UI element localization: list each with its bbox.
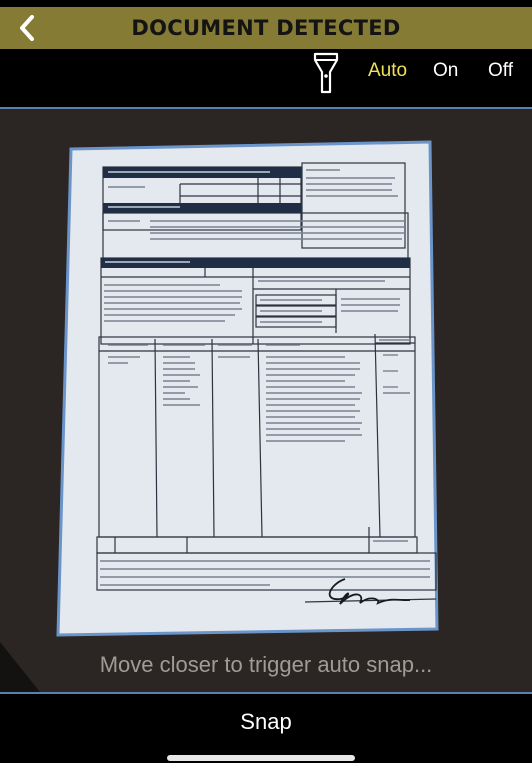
status-strip bbox=[0, 0, 532, 7]
home-indicator[interactable] bbox=[167, 755, 355, 761]
chevron-left-icon bbox=[17, 14, 37, 42]
auto-snap-hint: Move closer to trigger auto snap... bbox=[0, 652, 532, 678]
camera-viewport[interactable]: Move closer to trigger auto snap... bbox=[0, 107, 532, 694]
bottom-bar: Snap bbox=[0, 694, 532, 763]
flash-on-option[interactable]: On bbox=[433, 60, 458, 82]
detected-document bbox=[0, 109, 532, 694]
back-button[interactable] bbox=[10, 11, 44, 45]
flash-off-option[interactable]: Off bbox=[488, 60, 513, 82]
title-bar: DOCUMENT DETECTED bbox=[0, 7, 532, 49]
flash-auto-option[interactable]: Auto bbox=[368, 60, 407, 82]
page-title: DOCUMENT DETECTED bbox=[131, 16, 400, 40]
snap-button[interactable]: Snap bbox=[216, 702, 316, 742]
flashlight-icon[interactable] bbox=[313, 52, 339, 94]
